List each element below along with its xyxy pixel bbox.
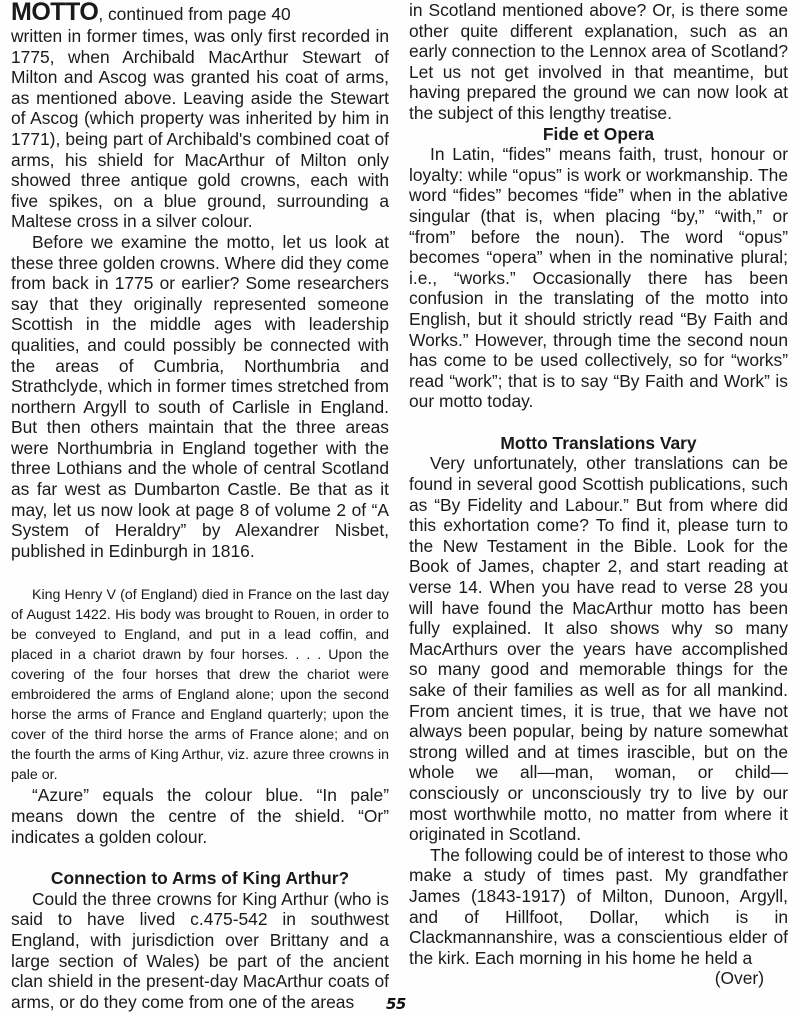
section-heading: Fide et Opera: [409, 124, 788, 145]
right-column: in Scotland mentioned above? Or, is ther…: [409, 0, 788, 989]
paragraph: written in former times, was only first …: [11, 26, 389, 232]
block-quote: King Henry V (of England) died in France…: [11, 585, 389, 785]
paragraph: Could the three crowns for King Arthur (…: [11, 889, 389, 1013]
continuation-marker: (Over): [409, 968, 788, 989]
left-column: MOTTO, continued from page 40 written in…: [11, 0, 389, 1012]
title-suffix: , continued from page 40: [98, 4, 290, 24]
document-page: MOTTO, continued from page 40 written in…: [0, 0, 800, 1015]
paragraph: Before we examine the motto, let us look…: [11, 232, 389, 562]
paragraph: The following could be of interest to th…: [409, 845, 788, 969]
paragraph: “Azure” equals the colour blue. “In pale…: [11, 785, 389, 847]
section-heading: Motto Translations Vary: [409, 433, 788, 454]
paragraph: Very unfortunately, other translations c…: [409, 453, 788, 844]
paragraph: in Scotland mentioned above? Or, is ther…: [409, 0, 788, 124]
paragraph: In Latin, “fides” means faith, trust, ho…: [409, 144, 788, 412]
page-number: 55: [386, 995, 406, 1013]
section-heading: Connection to Arms of King Arthur?: [11, 868, 389, 889]
title-word: MOTTO: [11, 0, 98, 26]
article-title: MOTTO, continued from page 40: [11, 0, 389, 26]
